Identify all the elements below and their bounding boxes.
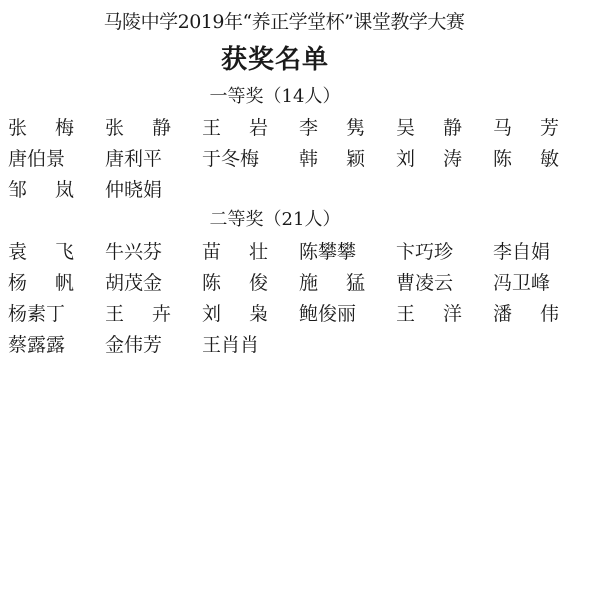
- awardee-name: 张静: [105, 116, 202, 140]
- awardee-name: 冯卫峰: [493, 271, 590, 295]
- awardee-name: 王洋: [396, 302, 493, 326]
- name-row: 袁飞牛兴芬苗壮陈攀攀卞巧珍李自娟: [8, 236, 590, 267]
- first-prize-heading: 一等奖（14人）: [160, 86, 390, 108]
- name-row: 张梅张静王岩李隽吴静马芳: [8, 112, 590, 143]
- awardee-name: 陈攀攀: [299, 240, 396, 264]
- awardee-name: 韩颖: [299, 147, 396, 171]
- awardee-name: 马芳: [493, 116, 590, 140]
- awardee-name: 刘枭: [202, 302, 299, 326]
- awardee-name: 于冬梅: [202, 147, 299, 171]
- awardee-name: 王岩: [202, 116, 299, 140]
- awardee-name: 刘涛: [396, 147, 493, 171]
- awardee-name: 李自娟: [493, 240, 590, 264]
- awardee-name: 王卉: [105, 302, 202, 326]
- awardee-name: 杨帆: [8, 271, 105, 295]
- awardee-name: 杨素丁: [8, 302, 105, 326]
- second-prize-heading: 二等奖（21人）: [160, 209, 390, 231]
- awardee-name: 潘伟: [493, 302, 590, 326]
- document-subtitle: 获奖名单: [160, 44, 390, 76]
- awardee-name: 蔡露露: [8, 333, 105, 357]
- awardee-name: 袁飞: [8, 240, 105, 264]
- awardee-name: 陈俊: [202, 271, 299, 295]
- awardee-name: 仲晓娟: [105, 178, 202, 202]
- awardee-name: 胡茂金: [105, 271, 202, 295]
- first-prize-list: 张梅张静王岩李隽吴静马芳唐伯景唐利平于冬梅韩颖刘涛陈敏邹岚仲晓娟: [8, 112, 590, 205]
- awardee-name: 吴静: [396, 116, 493, 140]
- name-row: 杨帆胡茂金陈俊施猛曹凌云冯卫峰: [8, 267, 590, 298]
- awardee-name: 鲍俊丽: [299, 302, 396, 326]
- awardee-name: 唐利平: [105, 147, 202, 171]
- awardee-name: 卞巧珍: [396, 240, 493, 264]
- awardee-name: 李隽: [299, 116, 396, 140]
- awardee-name: 唐伯景: [8, 147, 105, 171]
- name-row: 邹岚仲晓娟: [8, 174, 590, 205]
- awardee-name: 陈敏: [493, 147, 590, 171]
- awardee-name: 苗壮: [202, 240, 299, 264]
- name-row: 唐伯景唐利平于冬梅韩颖刘涛陈敏: [8, 143, 590, 174]
- awardee-name: 牛兴芬: [105, 240, 202, 264]
- awardee-name: 曹凌云: [396, 271, 493, 295]
- awardee-name: 施猛: [299, 271, 396, 295]
- awardee-name: 王肖肖: [202, 333, 299, 357]
- name-row: 蔡露露金伟芳王肖肖: [8, 329, 590, 360]
- awardee-name: 金伟芳: [105, 333, 202, 357]
- second-prize-list: 袁飞牛兴芬苗壮陈攀攀卞巧珍李自娟杨帆胡茂金陈俊施猛曹凌云冯卫峰杨素丁王卉刘枭鲍俊…: [8, 236, 590, 360]
- name-row: 杨素丁王卉刘枭鲍俊丽王洋潘伟: [8, 298, 590, 329]
- awardee-name: 张梅: [8, 116, 105, 140]
- document-title: 马陵中学2019年“养正学堂杯”课堂教学大赛: [64, 10, 504, 34]
- awardee-name: 邹岚: [8, 178, 105, 202]
